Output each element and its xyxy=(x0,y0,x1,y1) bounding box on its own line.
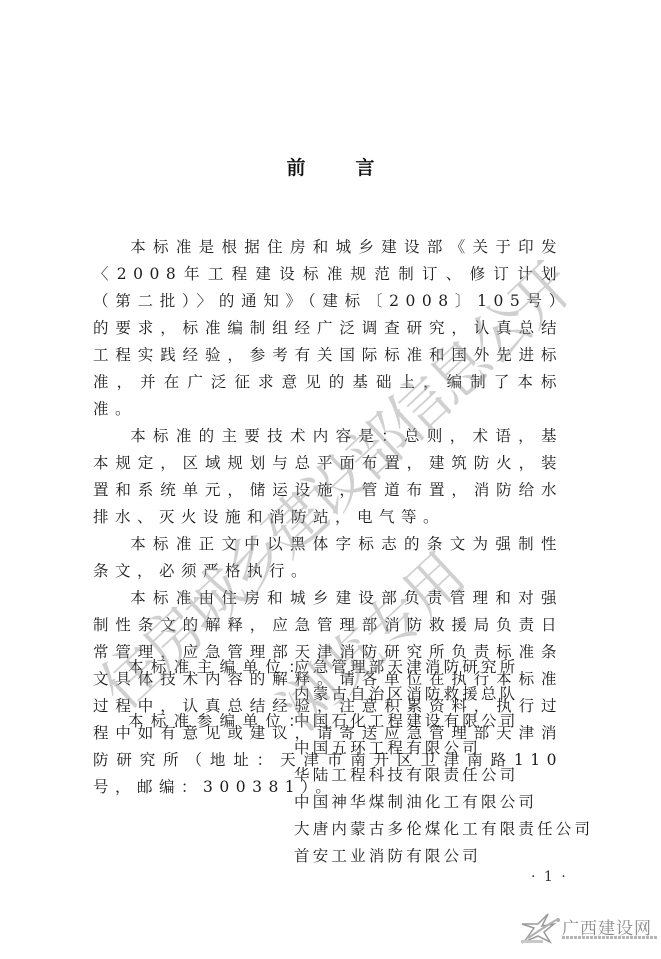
participating-editor-unit: 中国石化工程建设有限公司 xyxy=(294,708,518,735)
chief-editor-unit: 应急管理部天津消防研究所 xyxy=(294,654,518,681)
title-char-2: 言 xyxy=(356,153,375,180)
participating-editor-unit: 中国神华煤制油化工有限公司 xyxy=(294,789,537,816)
paragraph-mandatory-clauses: 本标准正文中以黑体字标志的条文为强制性条文，必须严格执行。 xyxy=(93,531,563,585)
editor-units: 本标准主编单位： 应急管理部天津消防研究所 内蒙古自治区消防救援总队 本标准参编… xyxy=(128,654,598,870)
participating-editor-label: 本标准参编单位： xyxy=(128,708,294,735)
participating-editor-unit: 大唐内蒙古多伦煤化工有限责任公司 xyxy=(294,816,593,843)
participating-editor-unit: 首安工业消防有限公司 xyxy=(294,843,481,870)
page-number: · 1 · xyxy=(531,869,568,885)
title-char-1: 前 xyxy=(286,153,305,180)
paragraph-main-content: 本标准的主要技术内容是：总则，术语，基本规定，区域规划与总平面布置，建筑防火，装… xyxy=(93,423,563,531)
participating-editor-row: 大唐内蒙古多伦煤化工有限责任公司 xyxy=(128,816,598,843)
participating-editor-row: 中国五环工程有限公司 xyxy=(128,735,598,762)
participating-editor-row: 首安工业消防有限公司 xyxy=(128,843,598,870)
chief-editor-row: 本标准主编单位： 应急管理部天津消防研究所 xyxy=(128,654,598,681)
chief-editor-unit: 内蒙古自治区消防救援总队 xyxy=(294,681,518,708)
participating-editor-unit: 华陆工程科技有限责任公司 xyxy=(294,762,518,789)
participating-editor-row: 华陆工程科技有限责任公司 xyxy=(128,762,598,789)
participating-editor-row: 中国神华煤制油化工有限公司 xyxy=(128,789,598,816)
logo-subtitle xyxy=(562,936,658,939)
page-title: 前言 xyxy=(0,153,661,180)
site-logo[interactable]: 广西建设网 xyxy=(518,910,658,950)
star-logo-icon xyxy=(518,912,560,950)
paragraph-basis: 本标准是根据住房和城乡建设部《关于印发〈2008年工程建设标准规范制订、修订计划… xyxy=(93,234,563,423)
document-page: 前言 本标准是根据住房和城乡建设部《关于印发〈2008年工程建设标准规范制订、修… xyxy=(0,0,661,959)
chief-editor-label: 本标准主编单位： xyxy=(128,654,294,681)
participating-editor-unit: 中国五环工程有限公司 xyxy=(294,735,481,762)
chief-editor-row: 内蒙古自治区消防救援总队 xyxy=(128,681,598,708)
participating-editor-row: 本标准参编单位： 中国石化工程建设有限公司 xyxy=(128,708,598,735)
